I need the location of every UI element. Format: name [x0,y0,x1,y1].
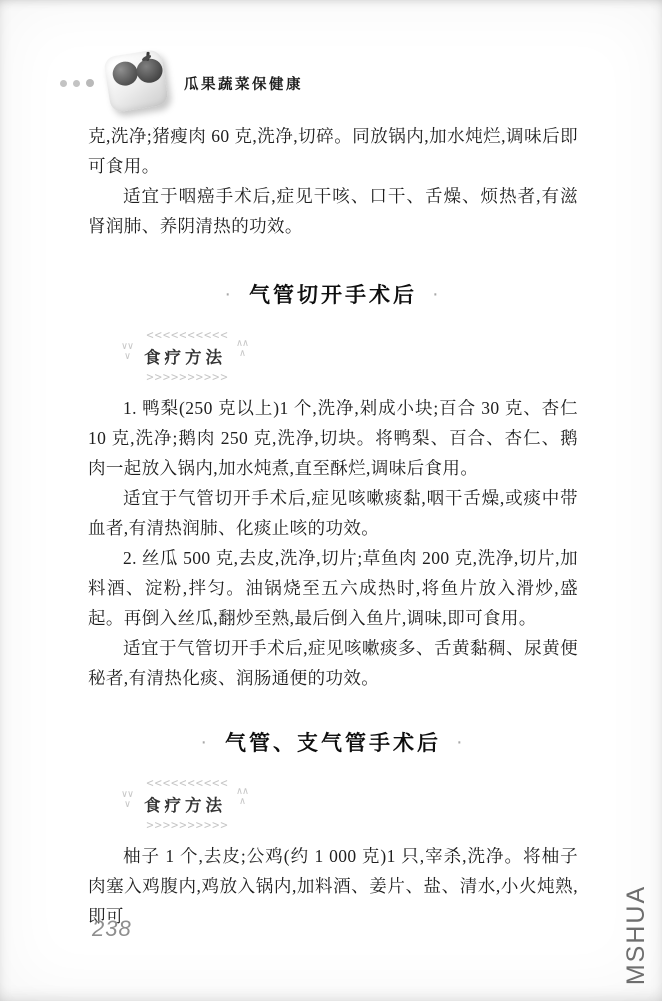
section2-heading: · 气管、支气管手术后 · [88,727,578,757]
therapy-method-box: <<<<<<<<<< ∨∨∨ ∧∧∧ >>>>>>>>>> 食疗方法 [124,781,246,827]
paragraph-recipe2: 2. 丝瓜 500 克,去皮,洗净,切片;草鱼肉 200 克,洗净,切片,加料酒… [88,543,578,633]
plate-icon [103,49,169,113]
heading-bullet-right-icon: · [456,732,466,752]
header-dots [60,79,94,87]
chevron-border-right-icon: ∧∧∧ [236,339,249,359]
page-header: 瓜果蔬菜保健康 [60,44,303,122]
page-content: 克,洗净;猪瘦肉 60 克,洗净,切碎。同放锅内,加水炖烂,调味后即可食用。 适… [88,121,578,931]
dot-icon [73,80,80,87]
section1-heading-text: 气管切开手术后 [249,279,417,309]
therapy-box-label: 食疗方法 [144,797,226,815]
chevron-border-left-icon: ∨∨∨ [121,790,134,810]
heading-bullet-right-icon: · [432,284,442,304]
paragraph-recipe1: 1. 鸭梨(250 克以上)1 个,洗净,剁成小块;百合 30 克、杏仁 10 … [88,393,578,483]
paragraph-intro-suitability: 适宜于咽癌手术后,症见干咳、口干、舌燥、烦热者,有滋肾润肺、养阴清热的功效。 [88,181,578,241]
tomato-icon [135,57,164,85]
paragraph-continuation: 克,洗净;猪瘦肉 60 克,洗净,切碎。同放锅内,加水炖烂,调味后即可食用。 [88,121,578,181]
therapy-box-row: <<<<<<<<<< ∨∨∨ ∧∧∧ >>>>>>>>>> 食疗方法 [124,333,578,379]
orange-icon [111,60,139,88]
paragraph-recipe1-suitability: 适宜于气管切开手术后,症见咳嗽痰黏,咽干舌燥,或痰中带血者,有清热润肺、化痰止咳… [88,483,578,543]
therapy-box-label: 食疗方法 [144,349,226,367]
paragraph-recipe2-suitability: 适宜于气管切开手术后,症见咳嗽痰多、舌黄黏稠、尿黄便秘者,有清热化痰、润肠通便的… [88,633,578,693]
therapy-method-box: <<<<<<<<<< ∨∨∨ ∧∧∧ >>>>>>>>>> 食疗方法 [124,333,246,379]
book-title: 瓜果蔬菜保健康 [184,73,303,94]
book-logo [100,45,174,121]
therapy-box-row: <<<<<<<<<< ∨∨∨ ∧∧∧ >>>>>>>>>> 食疗方法 [124,781,578,827]
chevron-border-bottom-icon: >>>>>>>>>> [137,370,238,384]
chevron-border-top-icon: <<<<<<<<<< [132,328,243,342]
publisher-watermark: MSHUA [621,875,651,995]
chevron-border-bottom-icon: >>>>>>>>>> [137,818,238,832]
page-number: 238 [92,916,132,942]
section1-heading: · 气管切开手术后 · [88,279,578,309]
paragraph-section2-recipe1: 柚子 1 个,去皮;公鸡(约 1 000 克)1 只,宰杀,洗净。将柚子肉塞入鸡… [88,841,578,931]
dot-icon [86,79,94,87]
section2-heading-text: 气管、支气管手术后 [225,727,441,757]
book-page: 瓜果蔬菜保健康 克,洗净;猪瘦肉 60 克,洗净,切碎。同放锅内,加水炖烂,调味… [0,0,662,1001]
chevron-border-left-icon: ∨∨∨ [121,342,134,362]
dot-icon [60,80,67,87]
heading-bullet-left-icon: · [224,284,234,304]
chevron-border-top-icon: <<<<<<<<<< [132,776,243,790]
chevron-border-right-icon: ∧∧∧ [236,787,249,807]
heading-bullet-left-icon: · [200,732,210,752]
